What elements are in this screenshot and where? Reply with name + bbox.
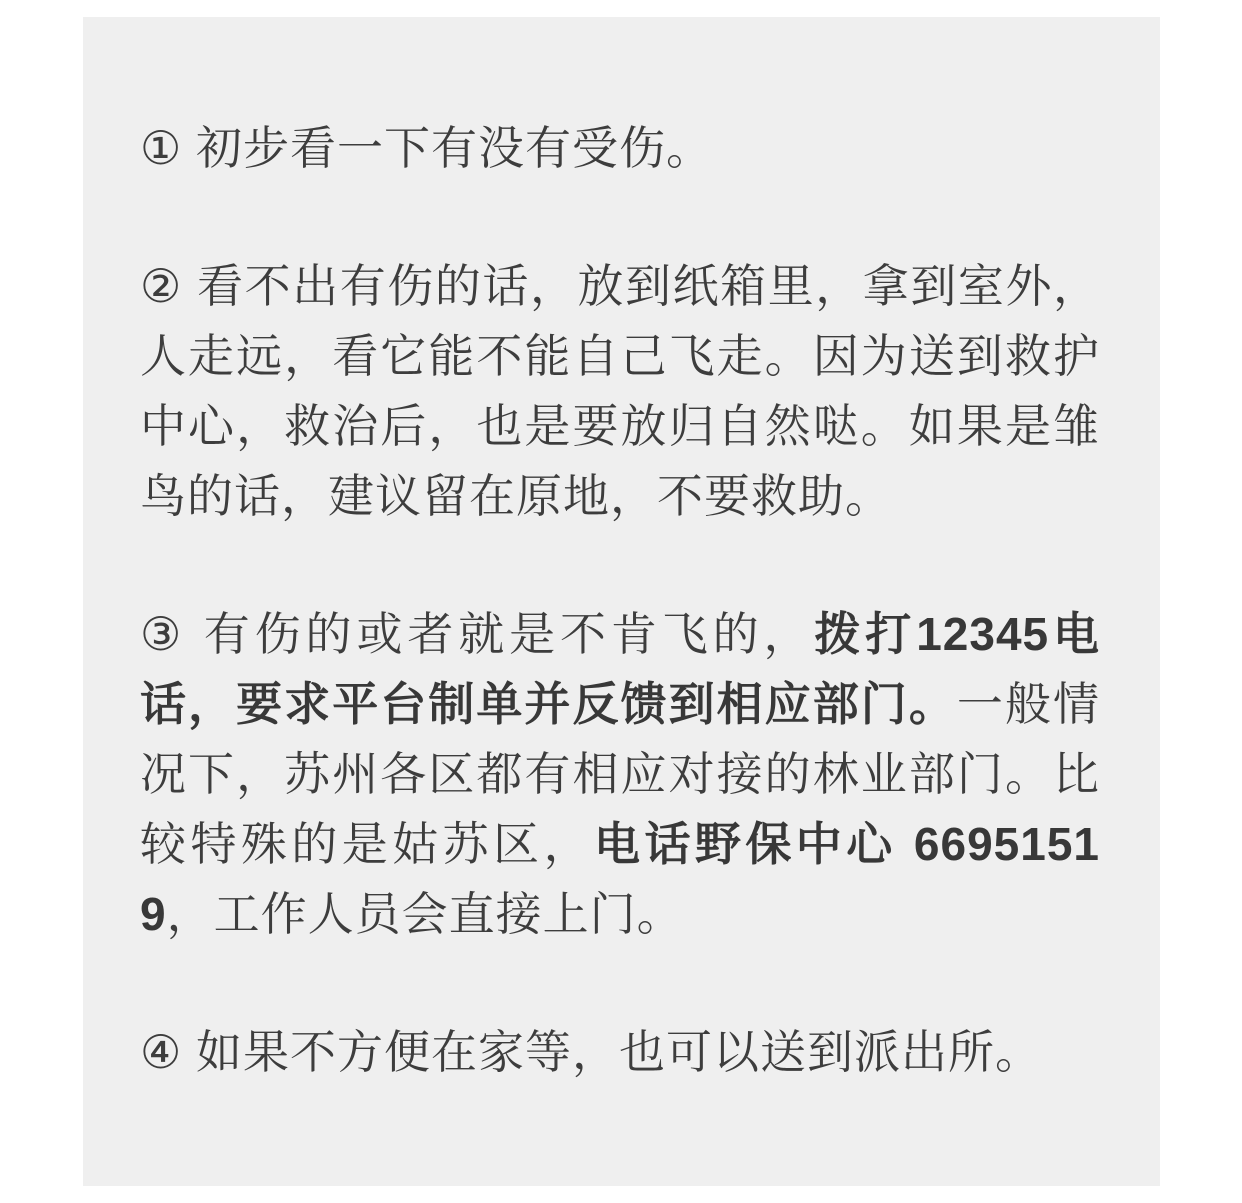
step-1-paragraph: ① 初步看一下有没有受伤。 <box>140 113 1100 183</box>
step-2-text: ② 看不出有伤的话，放到纸箱里，拿到室外，人走远，看它能不能自己飞走。因为送到救… <box>140 260 1100 522</box>
step-4-paragraph: ④ 如果不方便在家等，也可以送到派出所。 <box>140 1017 1100 1087</box>
step-3-text-outro: ，工作人员会直接上门。 <box>167 888 684 940</box>
step-1-text: ① 初步看一下有没有受伤。 <box>140 122 713 174</box>
step-3-text-intro: ③ 有伤的或者就是不肯飞的， <box>140 608 814 660</box>
step-3-paragraph: ③ 有伤的或者就是不肯飞的，拨打12345电话，要求平台制单并反馈到相应部门。一… <box>140 599 1100 949</box>
content-panel: ① 初步看一下有没有受伤。 ② 看不出有伤的话，放到纸箱里，拿到室外，人走远，看… <box>83 17 1160 1186</box>
step-2-paragraph: ② 看不出有伤的话，放到纸箱里，拿到室外，人走远，看它能不能自己飞走。因为送到救… <box>140 251 1100 531</box>
step-4-text: ④ 如果不方便在家等，也可以送到派出所。 <box>140 1026 1042 1078</box>
page: ① 初步看一下有没有受伤。 ② 看不出有伤的话，放到纸箱里，拿到室外，人走远，看… <box>0 0 1242 1203</box>
